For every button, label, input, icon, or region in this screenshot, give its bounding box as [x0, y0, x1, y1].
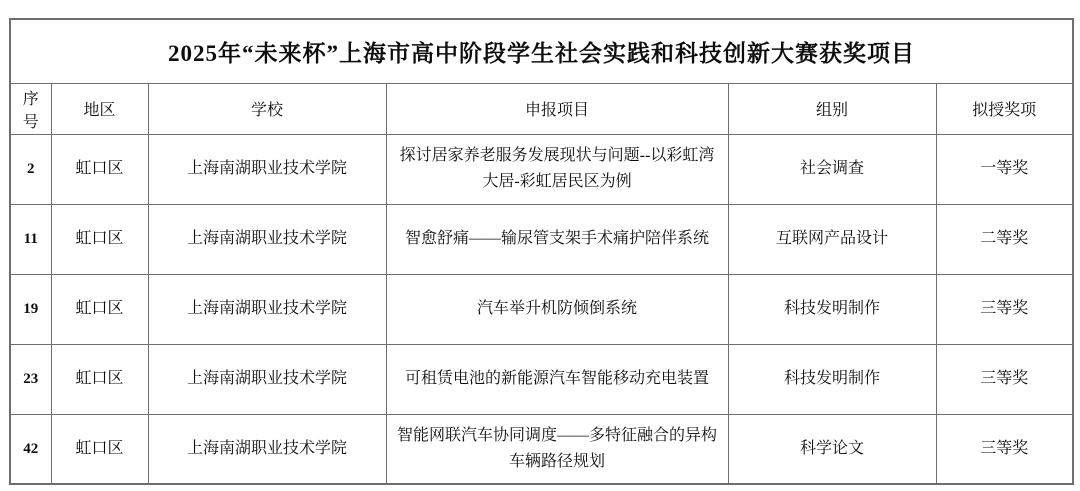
- cell-project: 智能网联汽车协同调度——多特征融合的异构车辆路径规划: [386, 414, 728, 484]
- cell-category: 科技发明制作: [728, 274, 936, 344]
- cell-project: 可租赁电池的新能源汽车智能移动充电装置: [386, 344, 728, 414]
- cell-project: 汽车举升机防倾倒系统: [386, 274, 728, 344]
- cell-district: 虹口区: [51, 344, 148, 414]
- column-header-category: 组别: [728, 83, 936, 134]
- cell-no: 11: [10, 204, 51, 274]
- page-title: 2025年“未来杯”上海市高中阶段学生社会实践和科技创新大赛获奖项目: [10, 19, 1073, 83]
- cell-school: 上海南湖职业技术学院: [148, 414, 386, 484]
- cell-district: 虹口区: [51, 274, 148, 344]
- cell-category: 科技发明制作: [728, 344, 936, 414]
- table-row: 11 虹口区 上海南湖职业技术学院 智愈舒痛——输尿管支架手术痛护陪伴系统 互联…: [10, 204, 1073, 274]
- cell-category: 社会调查: [728, 134, 936, 204]
- column-header-no: 序号: [10, 83, 51, 134]
- cell-award: 二等奖: [936, 204, 1073, 274]
- table-header-row: 序号 地区 学校 申报项目 组别 拟授奖项: [10, 83, 1073, 134]
- awards-table: 2025年“未来杯”上海市高中阶段学生社会实践和科技创新大赛获奖项目 序号 地区…: [9, 18, 1074, 485]
- column-header-school: 学校: [148, 83, 386, 134]
- column-header-district: 地区: [51, 83, 148, 134]
- cell-district: 虹口区: [51, 134, 148, 204]
- cell-category: 互联网产品设计: [728, 204, 936, 274]
- table-row: 23 虹口区 上海南湖职业技术学院 可租赁电池的新能源汽车智能移动充电装置 科技…: [10, 344, 1073, 414]
- table-row: 2 虹口区 上海南湖职业技术学院 探讨居家养老服务发展现状与问题--以彩虹湾大居…: [10, 134, 1073, 204]
- cell-award: 一等奖: [936, 134, 1073, 204]
- cell-district: 虹口区: [51, 414, 148, 484]
- cell-school: 上海南湖职业技术学院: [148, 204, 386, 274]
- cell-project: 智愈舒痛——输尿管支架手术痛护陪伴系统: [386, 204, 728, 274]
- page: 2025年“未来杯”上海市高中阶段学生社会实践和科技创新大赛获奖项目 序号 地区…: [0, 0, 1080, 491]
- cell-category: 科学论文: [728, 414, 936, 484]
- cell-no: 19: [10, 274, 51, 344]
- column-header-project: 申报项目: [386, 83, 728, 134]
- cell-no: 42: [10, 414, 51, 484]
- cell-project: 探讨居家养老服务发展现状与问题--以彩虹湾大居-彩虹居民区为例: [386, 134, 728, 204]
- cell-no: 2: [10, 134, 51, 204]
- table-title-row: 2025年“未来杯”上海市高中阶段学生社会实践和科技创新大赛获奖项目: [10, 19, 1073, 83]
- cell-no: 23: [10, 344, 51, 414]
- cell-school: 上海南湖职业技术学院: [148, 134, 386, 204]
- cell-award: 三等奖: [936, 414, 1073, 484]
- cell-award: 三等奖: [936, 274, 1073, 344]
- table-row: 42 虹口区 上海南湖职业技术学院 智能网联汽车协同调度——多特征融合的异构车辆…: [10, 414, 1073, 484]
- cell-district: 虹口区: [51, 204, 148, 274]
- awards-table-container: 2025年“未来杯”上海市高中阶段学生社会实践和科技创新大赛获奖项目 序号 地区…: [9, 18, 1072, 479]
- cell-award: 三等奖: [936, 344, 1073, 414]
- table-row: 19 虹口区 上海南湖职业技术学院 汽车举升机防倾倒系统 科技发明制作 三等奖: [10, 274, 1073, 344]
- column-header-award: 拟授奖项: [936, 83, 1073, 134]
- cell-school: 上海南湖职业技术学院: [148, 274, 386, 344]
- cell-school: 上海南湖职业技术学院: [148, 344, 386, 414]
